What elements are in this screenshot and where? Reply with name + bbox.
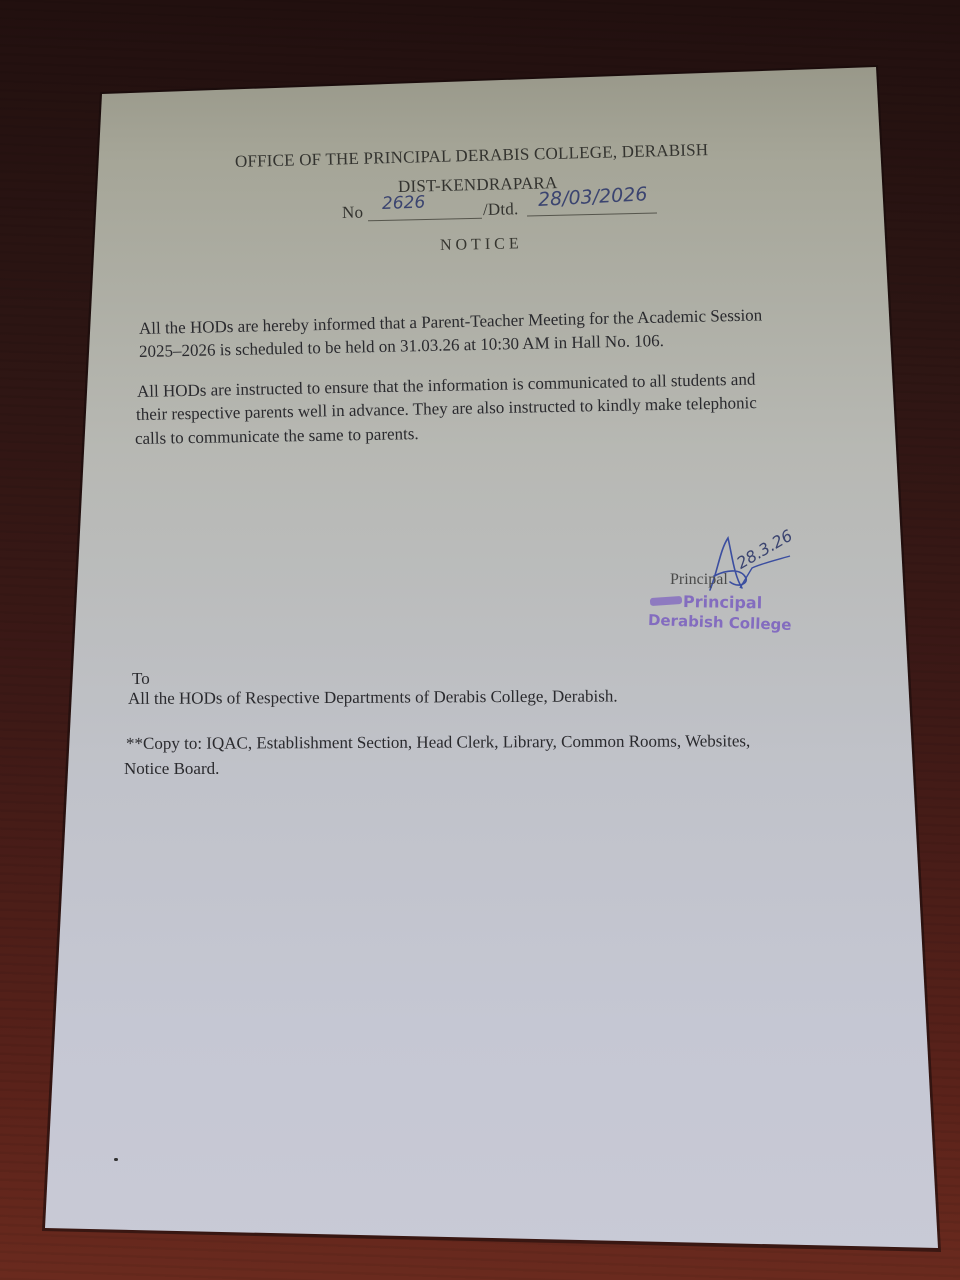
number-value-handwritten: 2626 xyxy=(382,192,426,213)
signature-label: Principal xyxy=(670,571,728,589)
to-recipients: All the HODs of Respective Departments o… xyxy=(128,686,618,709)
stamp-line-principal: Principal xyxy=(683,592,763,612)
stamp-smudge xyxy=(650,596,682,606)
number-blank-line xyxy=(368,218,482,222)
stamp-line-college: Derabish College xyxy=(648,611,792,634)
copy-to-line-2: Notice Board. xyxy=(124,759,219,779)
date-value-handwritten: 28/03/2026 xyxy=(537,183,648,211)
date-blank-line xyxy=(527,213,657,217)
to-label: To xyxy=(132,669,150,689)
paragraph-1-line-1: All the HODs are hereby informed that a … xyxy=(139,305,763,339)
notice-title: NOTICE xyxy=(440,235,523,255)
copy-to-line-1: **Copy to: IQAC, Establishment Section, … xyxy=(126,731,750,754)
ink-dot xyxy=(114,1158,118,1161)
notice-document: OFFICE OF THE PRINCIPAL DERABIS COLLEGE,… xyxy=(0,0,960,1280)
office-header: OFFICE OF THE PRINCIPAL DERABIS COLLEGE,… xyxy=(235,140,709,172)
number-label: No xyxy=(342,203,364,223)
paragraph-2-line-3: calls to communicate the same to parents… xyxy=(135,424,419,449)
date-label: /Dtd. xyxy=(483,199,519,220)
